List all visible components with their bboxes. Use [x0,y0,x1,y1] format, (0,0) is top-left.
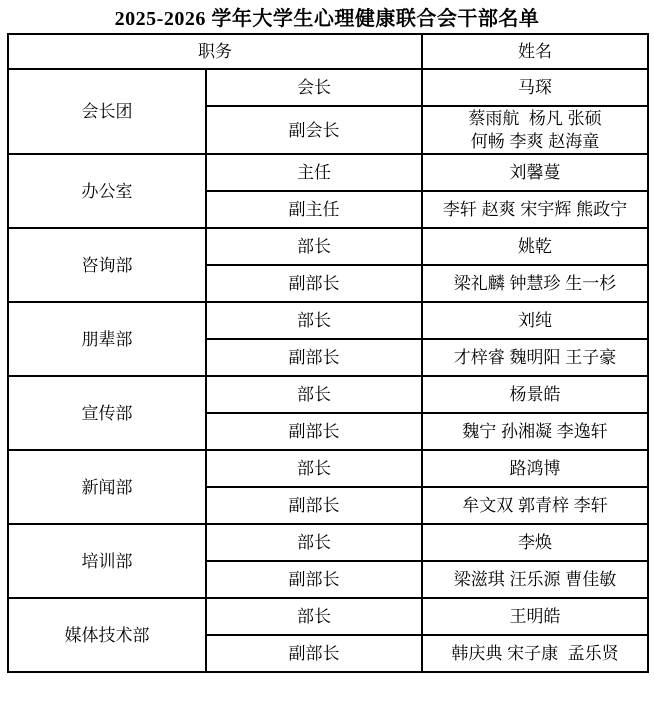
role-cell: 副部长 [206,487,422,524]
document-page: 2025-2026 学年大学生心理健康联合会干部名单 职务 姓名 会长团会长马琛… [0,0,654,707]
department-cell: 宣传部 [8,376,206,450]
names-cell: 梁礼麟 钟慧珍 生一杉 [422,265,648,302]
table-row: 媒体技术部部长王明皓 [8,598,648,635]
names-cell: 梁滋琪 汪乐源 曹佳敏 [422,561,648,598]
role-cell: 部长 [206,598,422,635]
column-header-name: 姓名 [422,34,648,69]
department-cell: 新闻部 [8,450,206,524]
table-row: 朋辈部部长刘纯 [8,302,648,339]
role-cell: 副部长 [206,635,422,672]
names-cell: 路鸿博 [422,450,648,487]
table-row: 会长团会长马琛 [8,69,648,106]
names-cell: 魏宁 孙湘凝 李逸轩 [422,413,648,450]
column-header-position: 职务 [8,34,422,69]
names-cell: 韩庆典 宋子康 孟乐贤 [422,635,648,672]
department-cell: 朋辈部 [8,302,206,376]
header-row: 职务 姓名 [8,34,648,69]
page-title: 2025-2026 学年大学生心理健康联合会干部名单 [0,0,654,33]
table-row: 培训部部长李焕 [8,524,648,561]
names-cell: 牟文双 郭青梓 李轩 [422,487,648,524]
role-cell: 副主任 [206,191,422,228]
role-cell: 主任 [206,154,422,191]
table-row: 新闻部部长路鸿博 [8,450,648,487]
names-cell: 姚乾 [422,228,648,265]
role-cell: 部长 [206,376,422,413]
names-cell: 蔡雨航 杨凡 张硕 何畅 李爽 赵海童 [422,106,648,154]
role-cell: 部长 [206,524,422,561]
roster-body: 会长团会长马琛副会长蔡雨航 杨凡 张硕 何畅 李爽 赵海童办公室主任刘馨蔓副主任… [8,69,648,672]
role-cell: 部长 [206,450,422,487]
roster-table: 职务 姓名 会长团会长马琛副会长蔡雨航 杨凡 张硕 何畅 李爽 赵海童办公室主任… [7,33,649,673]
role-cell: 副部长 [206,339,422,376]
department-cell: 办公室 [8,154,206,228]
role-cell: 会长 [206,69,422,106]
names-cell: 王明皓 [422,598,648,635]
table-row: 办公室主任刘馨蔓 [8,154,648,191]
table-row: 宣传部部长杨景皓 [8,376,648,413]
department-cell: 媒体技术部 [8,598,206,672]
department-cell: 会长团 [8,69,206,154]
names-cell: 刘馨蔓 [422,154,648,191]
role-cell: 部长 [206,302,422,339]
names-cell: 刘纯 [422,302,648,339]
names-cell: 才梓睿 魏明阳 王子豪 [422,339,648,376]
names-cell: 李焕 [422,524,648,561]
role-cell: 副部长 [206,561,422,598]
role-cell: 部长 [206,228,422,265]
department-cell: 培训部 [8,524,206,598]
role-cell: 副部长 [206,265,422,302]
names-cell: 杨景皓 [422,376,648,413]
names-cell: 马琛 [422,69,648,106]
role-cell: 副部长 [206,413,422,450]
table-row: 咨询部部长姚乾 [8,228,648,265]
role-cell: 副会长 [206,106,422,154]
names-cell: 李轩 赵爽 宋宇辉 熊政宁 [422,191,648,228]
department-cell: 咨询部 [8,228,206,302]
